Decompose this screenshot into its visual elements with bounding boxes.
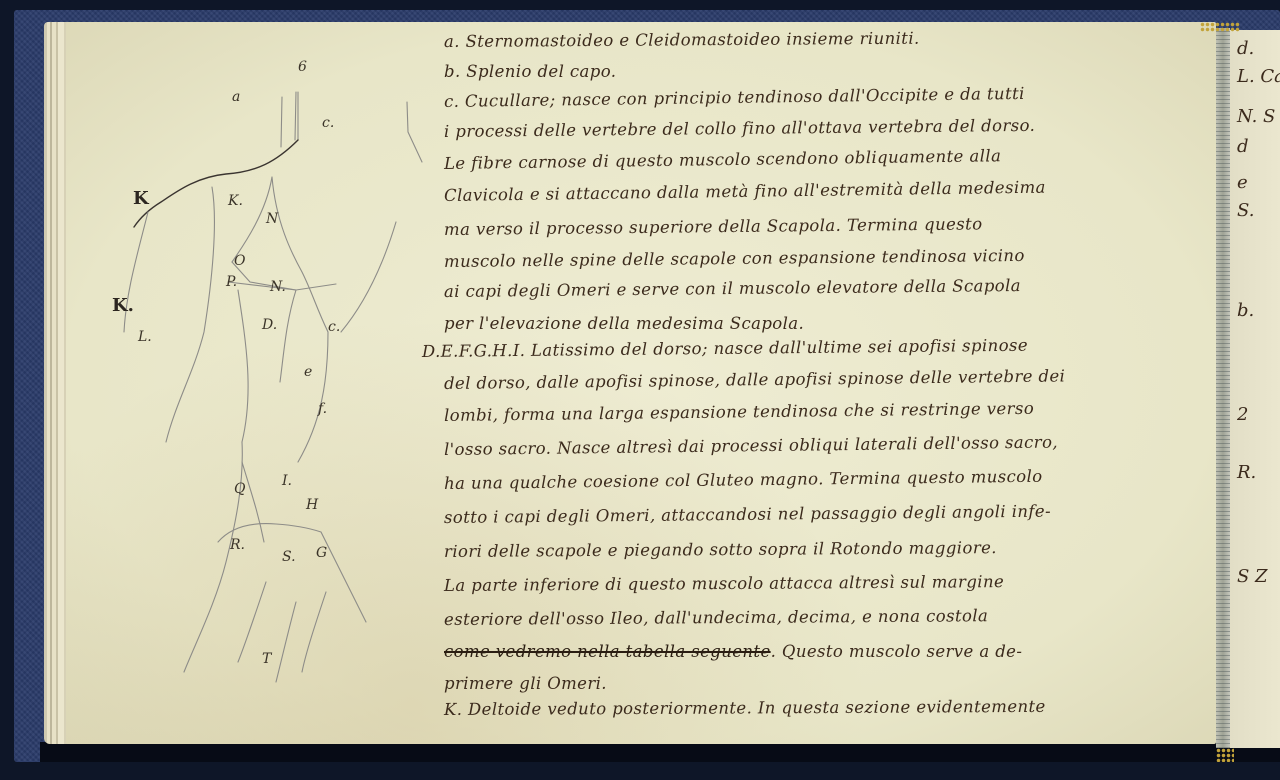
- note-line: La parte inferiore di questo muscolo att…: [444, 572, 1004, 595]
- note-line: b. Splenio del capo.: [444, 62, 616, 81]
- note-line: riori delle scapole e piegando sotto sop…: [444, 538, 997, 561]
- facing-page-text: N. S: [1237, 106, 1275, 127]
- note-line: K. Deltoide veduto posteriormente. In qu…: [444, 697, 1046, 719]
- sketch-label-g: G: [316, 546, 327, 560]
- sketch-label-c-top: c.: [322, 116, 334, 130]
- facing-page-text: R.: [1237, 462, 1256, 483]
- note-line: a. Sternomastoideo e Cleidomastoideo ins…: [444, 29, 920, 51]
- sketch-label-s: S.: [282, 550, 296, 564]
- note-line-with-strikethrough: come vedremo nella tabella seguente. Que…: [444, 642, 1022, 661]
- sketch-label-a: a: [232, 90, 240, 104]
- facing-page-text: b.: [1237, 300, 1254, 321]
- sketch-label-o: O: [234, 254, 245, 268]
- anatomical-sketch: a 6 c. K K. N O P. N. K. L. D. c. e f. Q…: [66, 22, 446, 722]
- facing-page-text: 2: [1237, 404, 1248, 425]
- sketch-label-f: f.: [318, 402, 327, 416]
- note-line-tail: . Questo muscolo serve a de-: [771, 642, 1023, 661]
- facing-page-text: e: [1237, 172, 1248, 193]
- binding-gutter: [1216, 28, 1230, 748]
- sketch-label-r: R.: [230, 538, 245, 552]
- sketch-label-k-inner: K.: [228, 194, 243, 208]
- facing-page-text: d: [1237, 136, 1249, 157]
- cover-shadow: [40, 742, 1280, 762]
- sketch-label-l: L.: [138, 330, 152, 344]
- sketch-label-n-top: N: [266, 212, 278, 226]
- facing-page-text: S.: [1237, 200, 1254, 221]
- facing-page-text: L. Ca: [1237, 66, 1280, 87]
- sketch-label-c-mid: c.: [328, 320, 340, 334]
- sketch-label-p: P.: [226, 275, 237, 289]
- facing-page-text: d.: [1237, 38, 1254, 59]
- sketch-label-q: Q: [234, 482, 245, 496]
- sketch-label-e: e: [304, 365, 312, 379]
- note-line: primere gli Omeri.: [444, 674, 607, 693]
- note-line: per l'elevazione della medesima Scapola.: [444, 314, 804, 333]
- sketch-label-n-mid: N.: [270, 280, 286, 294]
- sketch-label-d: D.: [262, 318, 277, 332]
- sketch-label-b: 6: [298, 60, 307, 74]
- sketch-label-i: I.: [282, 474, 292, 488]
- sketch-label-k-arm: K.: [112, 297, 134, 315]
- sketch-label-t: T: [262, 652, 271, 666]
- sketch-label-h: H: [306, 498, 318, 512]
- binding-thread-top: [1200, 22, 1240, 32]
- binding-thread-bottom: [1216, 748, 1234, 762]
- sketch-lines: [66, 22, 446, 722]
- sketch-label-k-shoulder: K: [133, 190, 149, 208]
- scan-background: a 6 c. K K. N O P. N. K. L. D. c. e f. Q…: [0, 0, 1280, 780]
- note-line: esteriore dell'osso Ileo, dall'undecima,…: [444, 606, 988, 629]
- facing-page-text: S Z: [1237, 566, 1268, 587]
- struck-out-text: come vedremo nella tabella seguente: [444, 642, 771, 661]
